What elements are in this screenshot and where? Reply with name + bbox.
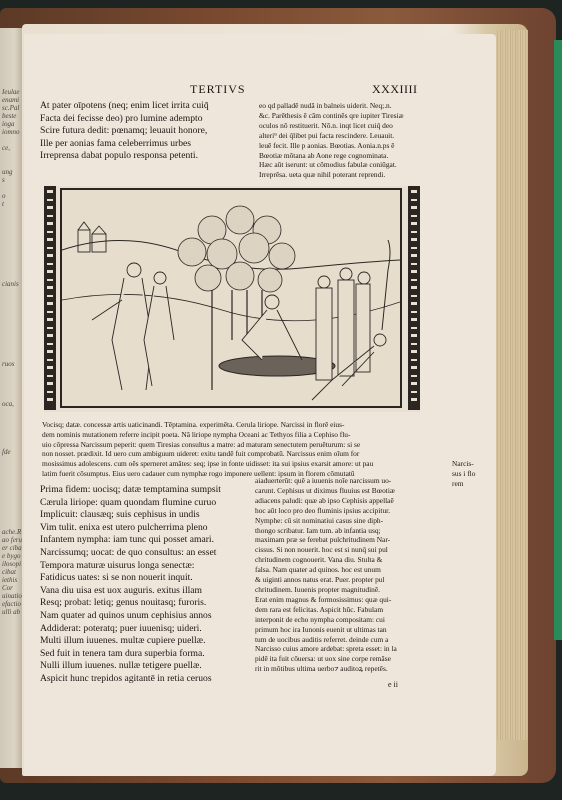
woodcut-scene-icon — [62, 190, 400, 406]
left-page-fragment — [0, 472, 24, 480]
page-fore-edge — [496, 30, 528, 740]
left-page-edge: Ieulaeenamisc.Palbesteiogaiomno ce, ungs… — [0, 28, 24, 768]
top-commentary-block: eo qd palladē nudā in balneis uiderit. N… — [259, 101, 404, 180]
commentary-line: dem rara est felicitas. Aspicit hūc. Fab… — [255, 605, 397, 615]
commentary-line: leuē fecit. Ille p aonias. Bœotias. Aoni… — [259, 141, 404, 151]
left-page-fragment — [0, 272, 24, 280]
verse-line: Narcissumq; uocat: de quo consultus: an … — [40, 547, 221, 560]
commentary-line: non nosset. prædixit. Id uero cum ambigu… — [42, 449, 373, 459]
left-page-fragment — [0, 296, 24, 304]
left-page-fragment — [0, 376, 24, 384]
left-page-fragment — [0, 496, 24, 504]
commentary-line: alteri⁹ dei q̄libet pui facta rescindere… — [259, 131, 404, 141]
left-page-fragment: efactio — [0, 600, 24, 608]
left-page-fragment — [0, 512, 24, 520]
left-page-fragment — [0, 336, 24, 344]
left-page-fragment — [0, 224, 24, 232]
left-page-fragment — [0, 344, 24, 352]
left-page-fragment — [0, 432, 24, 440]
verse-line: Fatidicus uates: si se non nouerit inqui… — [40, 572, 221, 585]
commentary-line: aiaduerterūt: quē a iuuenis noīe narciss… — [255, 476, 397, 486]
left-page-fragment: oca, — [0, 400, 24, 408]
commentary-line: rit in mōtibus ultima uerbo⁊ auditoꝝ rep… — [255, 664, 397, 674]
commentary-line: thongo scribatur. Iam tum. ab infantia u… — [255, 526, 397, 536]
left-page-fragment — [0, 232, 24, 240]
left-page-fragment — [0, 352, 24, 360]
left-page-fragment — [0, 488, 24, 496]
commentary-line: hoc aūt loco pro deo fluminis ipsius acc… — [255, 506, 397, 516]
running-head: TERTIVS — [190, 82, 246, 97]
verse-line: At pater oīpotens (neq; enim licet irrit… — [40, 100, 209, 113]
commentary-line: cissus. Si non nouerit. hoc est si nunq̄… — [255, 545, 397, 555]
margin-note-line: sus i flo — [452, 469, 475, 479]
commentary-line: &c. Parēthesis ē cām continēs qre iupite… — [259, 111, 404, 121]
commentary-line: dem nominis mutationem referre incipit p… — [42, 430, 373, 440]
left-page-fragment — [0, 256, 24, 264]
signature-mark: e ii — [388, 680, 398, 689]
commentary-line: chritudinem. Iuuenis propter magnitudinē… — [255, 585, 397, 595]
left-page-fragment: ruos — [0, 360, 24, 368]
commentary-line: Bœotiæ mōtana ab Aone rege cognominata. — [259, 151, 404, 161]
verse-line: Sed fuit in tenera tam dura superbia for… — [40, 648, 221, 661]
verse-line: Vim tulit. enixa est utero pulcherrima p… — [40, 522, 221, 535]
left-page-fragment: iomno — [0, 128, 24, 136]
verse-line: Implicuit: clausæq; suis cephisus in und… — [40, 509, 221, 522]
left-page-fragment: uinatio — [0, 592, 24, 600]
left-page-fragment: er ciba — [0, 544, 24, 552]
left-page-fragment: enami — [0, 96, 24, 104]
left-page-fragment: ung — [0, 168, 24, 176]
left-page-fragment: ce, — [0, 144, 24, 152]
left-page-fragment — [0, 504, 24, 512]
left-page-fragment: Ieulae — [0, 88, 24, 96]
commentary-line: primum hoc ira Iunonis euenit ut ultimas… — [255, 625, 397, 635]
margin-note-line: Narcis- — [452, 459, 475, 469]
verse-line: Vana diu uisa est uox auguris. exitus il… — [40, 585, 221, 598]
verse-line: Infantem nympha: iam tunc qui posset ama… — [40, 534, 221, 547]
left-page-fragment — [0, 440, 24, 448]
left-page-fragment — [0, 424, 24, 432]
verse-line: Ille per aonias fama celeberrimus urbes — [40, 138, 209, 151]
verse-line: Addiderat: poteratq; puer iuuenisq; uide… — [40, 623, 221, 636]
verse-line: Nulli illum iuuenes. nullæ tetigere puel… — [40, 660, 221, 673]
commentary-line: mosissimus adolescens. cum oēs sperneret… — [42, 459, 373, 469]
left-page-fragment — [0, 464, 24, 472]
verse-line: Irreprensa dabat populo responsa petenti… — [40, 150, 209, 163]
left-page-fragment: e bygo — [0, 552, 24, 560]
left-page-fragment — [0, 384, 24, 392]
left-page-fragment — [0, 304, 24, 312]
commentary-line: eo qd palladē nudā in balneis uiderit. N… — [259, 101, 404, 111]
left-page-fragment — [0, 328, 24, 336]
ornamental-border-right — [408, 186, 420, 410]
left-page-fragment — [0, 240, 24, 248]
left-page-fragment — [0, 392, 24, 400]
woodcut-illustration — [44, 186, 420, 412]
left-page-fragment — [0, 248, 24, 256]
left-page-fragment — [0, 264, 24, 272]
narcissus-commentary-block: Vocisq; datæ. concessæ artis uaticinandi… — [42, 420, 373, 479]
commentary-line: Hæc aūt iserunt: ut cōmodius fabulæ coni… — [259, 160, 404, 170]
left-page-fragment: ao feru — [0, 536, 24, 544]
left-page-fragment: beste — [0, 112, 24, 120]
commentary-line: falsa. Nam quater ad quinos. hoc est unu… — [255, 565, 397, 575]
left-page-fragment — [0, 184, 24, 192]
woodcut-frame — [60, 188, 402, 408]
left-page-fragment — [0, 160, 24, 168]
commentary-line: Erat enim magnus & formosissimus: quæ qu… — [255, 595, 397, 605]
commentary-line: chritudinem cognouerit. Vana diu. Stulta… — [255, 555, 397, 565]
left-page-fragment: t — [0, 200, 24, 208]
left-page-fragment — [0, 480, 24, 488]
commentary-line: interponit de echo nympha compositam: cu… — [255, 615, 397, 625]
main-verse-block: Prima fidem: uocisq; datæ temptamina sum… — [40, 484, 221, 686]
verse-line: Cærula liriope: quam quondam flumine cur… — [40, 497, 221, 510]
left-page-fragment — [0, 520, 24, 528]
left-page-fragment: ilosopi — [0, 560, 24, 568]
commentary-line: oculos nō restituerit. Nō.n. inqt licet … — [259, 121, 404, 131]
verse-line: Aspicit hunc trepidos agitantē in retia … — [40, 673, 221, 686]
left-page-fragment: iethis — [0, 576, 24, 584]
left-page-fragment: ulli ab — [0, 608, 24, 616]
folio-number: XXXIIII — [372, 82, 417, 97]
verse-line: Scire futura dedit: pœnamq; leuauit hono… — [40, 125, 209, 138]
top-verse-block: At pater oīpotens (neq; enim licet irrit… — [40, 100, 209, 163]
left-page-fragment — [0, 312, 24, 320]
left-page-fragment: sc.Pal — [0, 104, 24, 112]
margin-note-narcissus: Narcis-sus i florem — [452, 459, 475, 488]
left-page-fragment: fde — [0, 448, 24, 456]
left-page-fragment — [0, 208, 24, 216]
verse-line: Nam quater ad quinos unum cephisius anno… — [40, 610, 221, 623]
commentary-line: carunt. Cephisus ut diximus fluuius est … — [255, 486, 397, 496]
left-page-fragment — [0, 320, 24, 328]
left-page-fragment: ioga — [0, 120, 24, 128]
left-page-fragment — [0, 368, 24, 376]
left-page-fragment: cibat — [0, 568, 24, 576]
left-page-fragment — [0, 288, 24, 296]
verse-line: Multi illum iuuenes. multæ cupiere puell… — [40, 635, 221, 648]
verse-line: Resq; probat: letiq; genus nouitasq; fur… — [40, 597, 221, 610]
commentary-line: tum de uocibus auditis referret. deinde … — [255, 635, 397, 645]
commentary-line: pidē ita fuit cōuersa: ut uox sine corpe… — [255, 654, 397, 664]
left-page-fragment — [0, 136, 24, 144]
commentary-line: Narcisso cuius amore ardebat: spreta ess… — [255, 644, 397, 654]
left-page-fragment — [0, 408, 24, 416]
left-page-fragment — [0, 216, 24, 224]
left-page-fragment: cianis — [0, 280, 24, 288]
left-page-fragment — [0, 152, 24, 160]
right-commentary-block: aiaduerterūt: quē a iuuenis noīe narciss… — [255, 476, 397, 674]
verse-line: Tempora maturæ uisurus longa senectæ: — [40, 560, 221, 573]
left-page-fragment — [0, 416, 24, 424]
commentary-line: Nymphe: cū sit nominatiui casus sine dip… — [255, 516, 397, 526]
left-page-text: Ieulaeenamisc.Palbesteiogaiomno ce, ungs… — [0, 28, 24, 616]
margin-note-line: rem — [452, 479, 475, 489]
green-backdrop — [554, 40, 562, 640]
ornamental-border-left — [44, 186, 56, 410]
left-page-fragment — [0, 456, 24, 464]
commentary-line: & uiginti annos natus erat. Puer. propte… — [255, 575, 397, 585]
left-page-fragment: Cor — [0, 584, 24, 592]
verse-line: Prima fidem: uocisq; datæ temptamina sum… — [40, 484, 221, 497]
left-page-fragment: ache.R — [0, 528, 24, 536]
commentary-line: Irreprēsa. ueta quæ nihil poterant repre… — [259, 170, 404, 180]
left-page-fragment: o — [0, 192, 24, 200]
commentary-line: adiacens paludi: quæ ab ipso Cephisis ap… — [255, 496, 397, 506]
commentary-line: Vocisq; datæ. concessæ artis uaticinandi… — [42, 420, 373, 430]
commentary-line: maximam præ se ferebat pulchritudinem Na… — [255, 535, 397, 545]
left-page-fragment: s — [0, 176, 24, 184]
verse-line: Facta dei fecisse deo) pro lumine adempt… — [40, 113, 209, 126]
commentary-line: uio cōpressa Narcissum peperit: quem Tir… — [42, 440, 373, 450]
